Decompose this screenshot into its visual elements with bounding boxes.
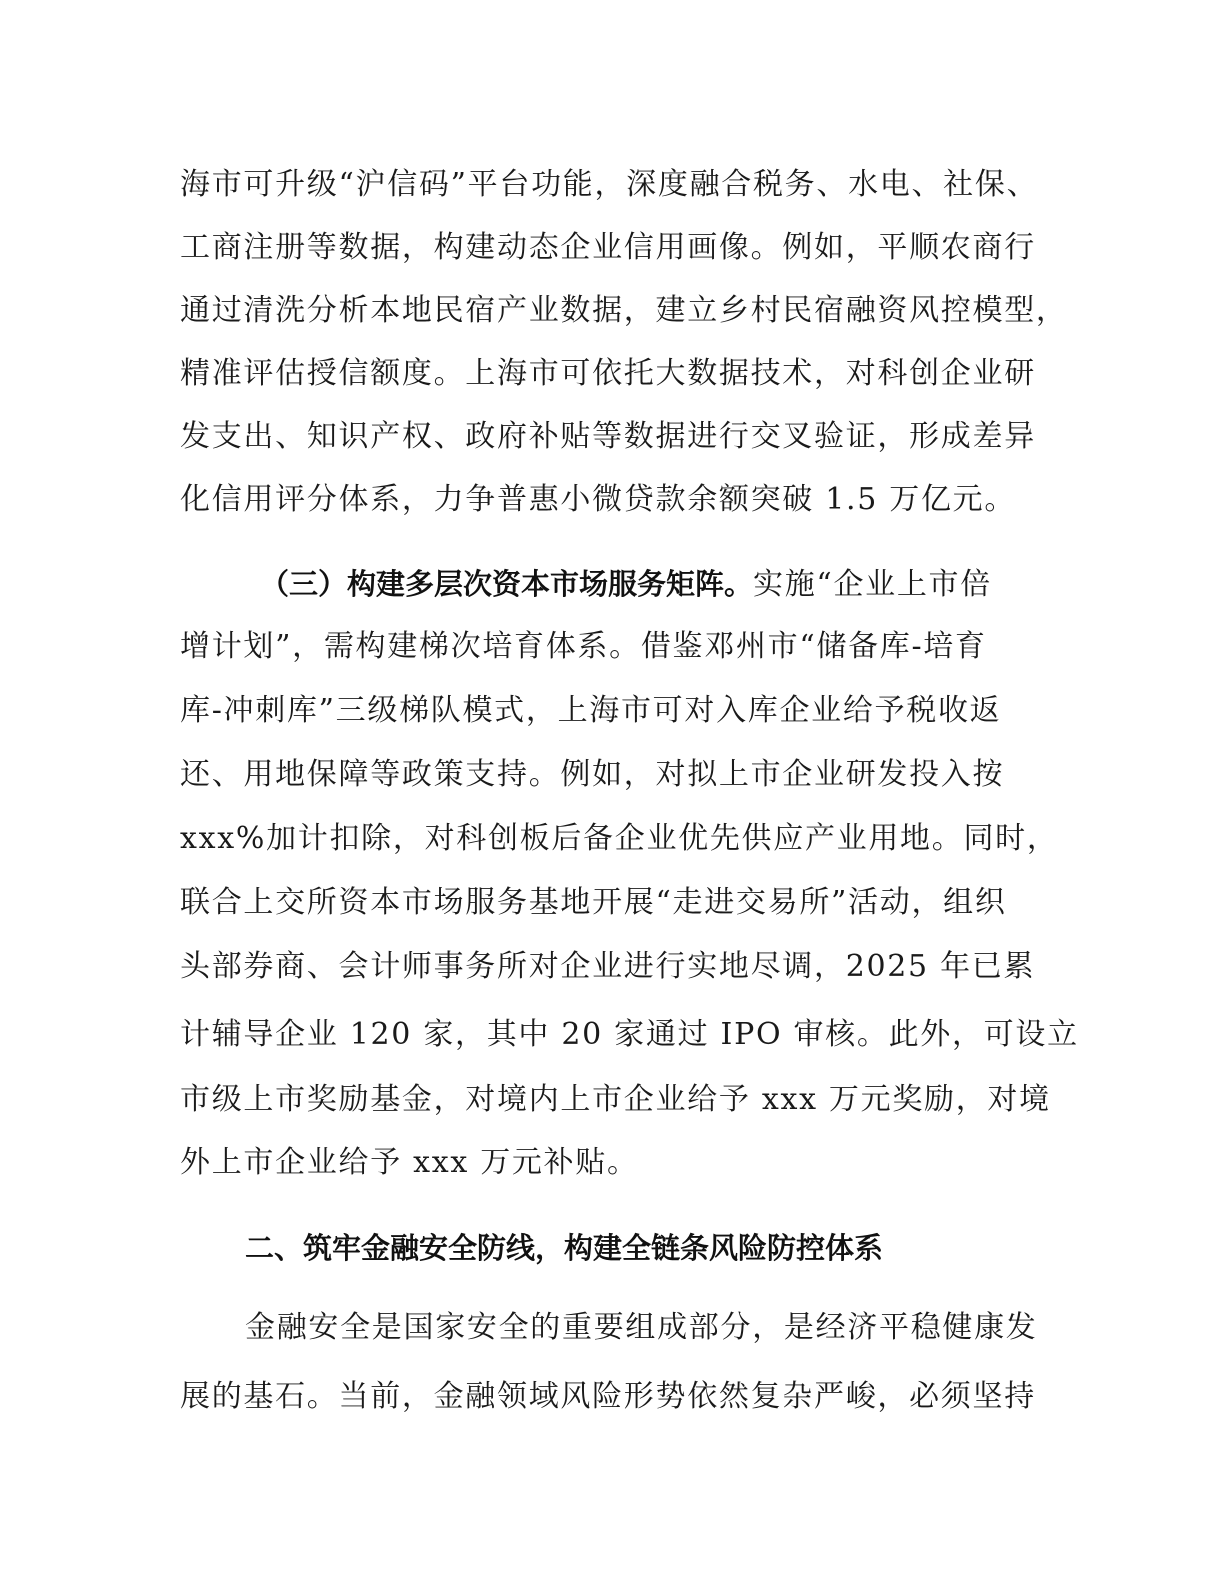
text-line: 库-冲刺库”三级梯队模式，上海市可对入库企业给予税收返: [180, 691, 1001, 731]
subheading-capital-market: （三）构建多层次资本市场服务矩阵。: [260, 567, 753, 601]
text-line: xxx%加计扣除，对科创板后备企业优先供应产业用地。同时，: [180, 819, 1059, 859]
text-line: 展的基石。当前，金融领域风险形势依然复杂严峻，必须坚持: [180, 1377, 1036, 1417]
text-line: 增计划”，需构建梯次培育体系。借鉴邓州市“储备库-培育: [180, 627, 987, 667]
text-line: 化信用评分体系，力争普惠小微贷款余额突破 1.5 万亿元。: [180, 480, 1016, 520]
text-run: 实施“企业上市倍: [753, 567, 992, 602]
text-line: 计辅导企业 120 家，其中 20 家通过 IPO 审核。此外，可设立: [180, 1015, 1079, 1055]
section-heading: 二、筑牢金融安全防线，构建全链条风险防控体系: [245, 1228, 883, 1268]
text-line: 头部券商、会计师事务所对企业进行实地尽调，2025 年已累: [180, 947, 1035, 987]
text-line: 市级上市奖励基金，对境内上市企业给予 xxx 万元奖励，对境: [180, 1080, 1051, 1120]
text-line: 精准评估授信额度。上海市可依托大数据技术，对科创企业研: [180, 354, 1036, 394]
text-line: 外上市企业给予 xxx 万元补贴。: [180, 1143, 639, 1183]
section-heading-text: 二、筑牢金融安全防线，构建全链条风险防控体系: [245, 1231, 883, 1265]
text-line: 发支出、知识产权、政府补贴等数据进行交叉验证，形成差异: [180, 417, 1036, 457]
text-line-with-subheading: （三）构建多层次资本市场服务矩阵。实施“企业上市倍: [260, 564, 992, 604]
text-line: 海市可升级“沪信码”平台功能，深度融合税务、水电、社保、: [180, 165, 1038, 205]
text-line: 工商注册等数据，构建动态企业信用画像。例如，平顺农商行: [180, 228, 1036, 268]
document-page: 海市可升级“沪信码”平台功能，深度融合税务、水电、社保、 工商注册等数据，构建动…: [0, 0, 1224, 1584]
text-line: 还、用地保障等政策支持。例如，对拟上市企业研发投入按: [180, 755, 1004, 795]
text-line: 联合上交所资本市场服务基地开展“走进交易所”活动，组织: [180, 883, 1007, 923]
text-line: 金融安全是国家安全的重要组成部分，是经济平稳健康发: [245, 1308, 1038, 1348]
text-line: 通过清洗分析本地民宿产业数据，建立乡村民宿融资风控模型，: [180, 291, 1068, 331]
